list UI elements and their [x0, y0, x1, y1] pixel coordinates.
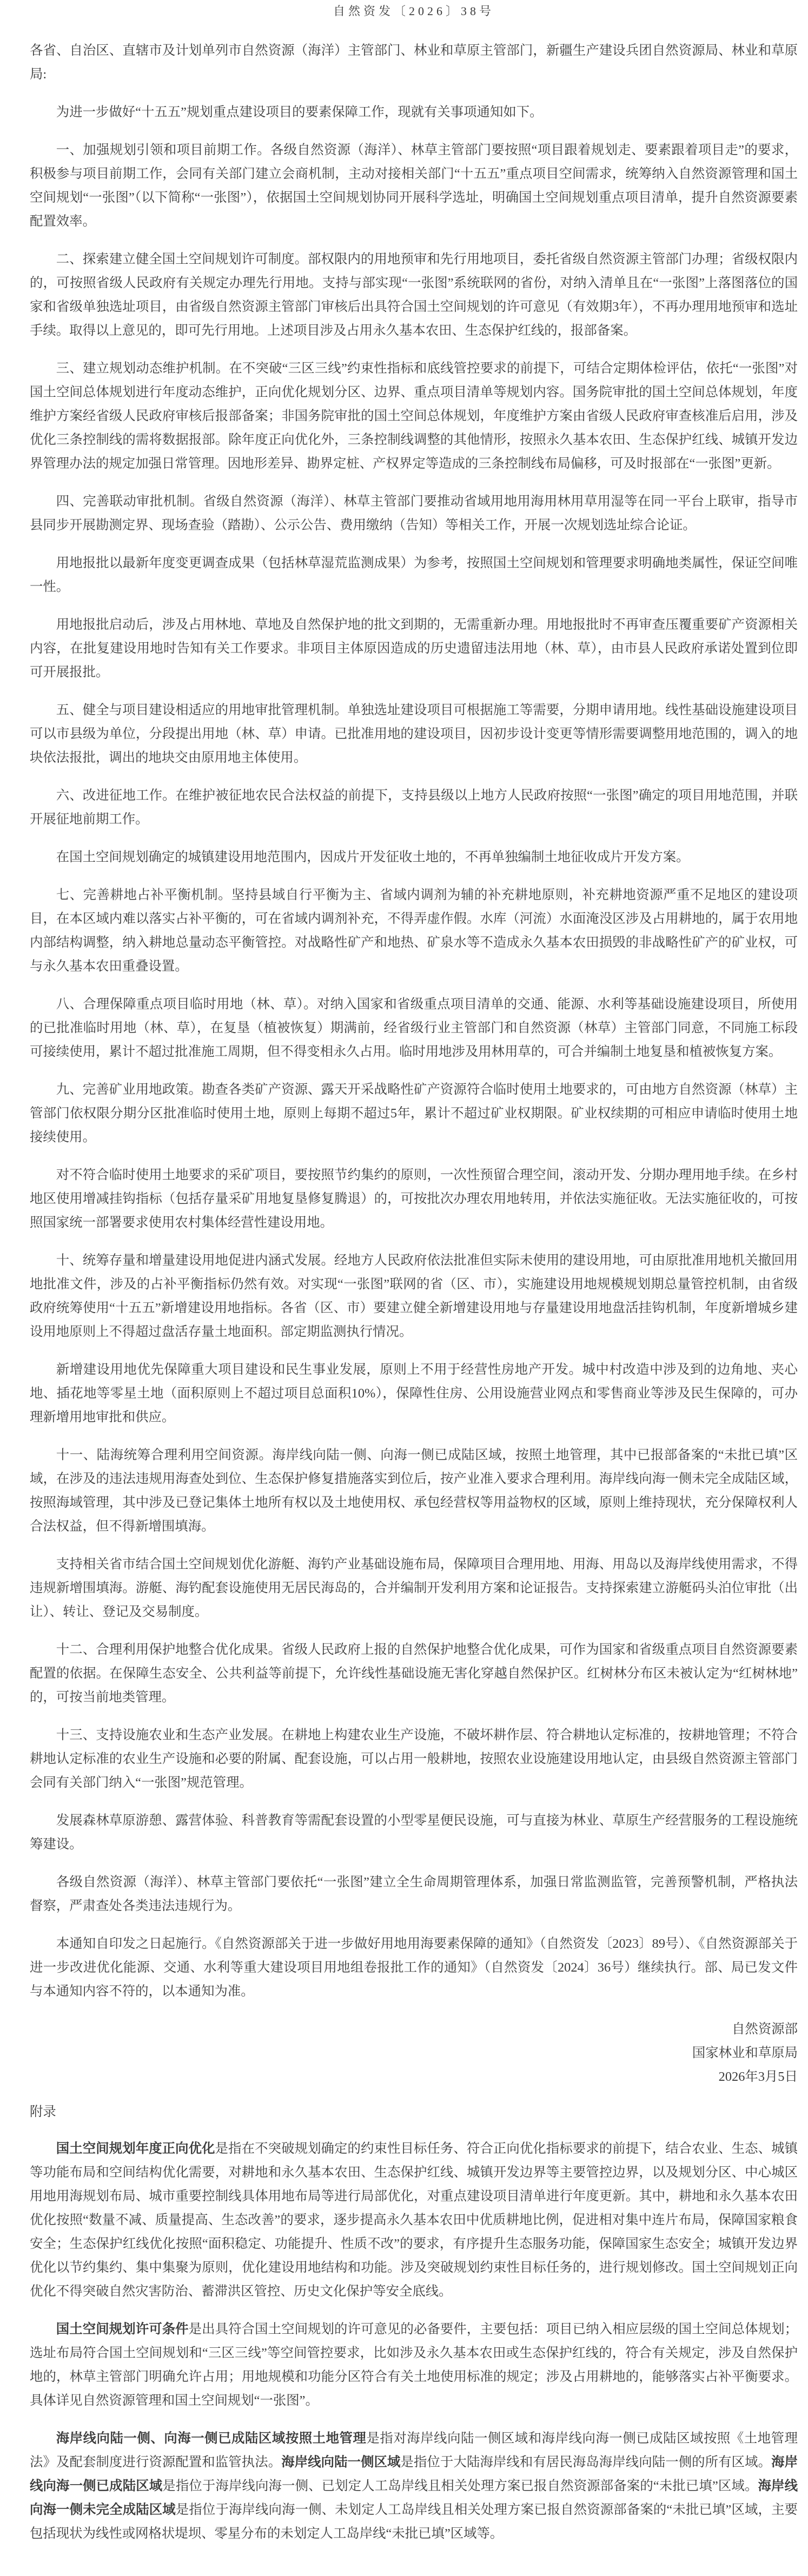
paragraph: 十、统筹存量和增量建设用地促进内涵式发展。经地方人民政府依法批准但实际未使用的建… — [30, 1249, 798, 1344]
paragraph: 发展森林草原游憩、露营体验、科普教育等需配套设置的小型零星便民设施，可与直接为林… — [30, 1809, 798, 1856]
salutation: 各省、自治区、直辖市及计划单列市自然资源（海洋）主管部门、林业和草原主管部门，新… — [30, 39, 798, 86]
paragraph: 十二、合理利用保护地整合优化成果。省级人民政府上报的自然保护地整合优化成果，可作… — [30, 1638, 798, 1709]
paragraph: 九、完善矿业用地政策。勘查各类矿产资源、露天开采战略性矿产资源符合临时使用土地要… — [30, 1078, 798, 1149]
paragraph: 在国土空间规划确定的城镇建设用地范围内，因成片开发征收土地的，不再单独编制土地征… — [30, 846, 798, 869]
paragraph: 四、完善联动审批机制。省级自然资源（海洋）、林草主管部门要推动省域用地用海用林用… — [30, 490, 798, 537]
paragraph: 二、探索建立健全国土空间规划许可制度。部权限内的用地预审和先行用地项目，委托省级… — [30, 248, 798, 343]
paragraph: 三、建立规划动态维护机制。在不突破“三区三线”约束性指标和底线管控要求的前提下，… — [30, 357, 798, 476]
paragraph: 支持相关省市结合国土空间规划优化游艇、海钓产业基础设施布局，保障项目合理用地、用… — [30, 1553, 798, 1624]
appendix-paragraph: 国土空间规划年度正向优化是指在不突破规划确定的约束性目标任务、符合正向优化指标要… — [30, 2137, 798, 2304]
paragraph: 对不符合临时使用土地要求的采矿项目，要按照节约集约的原则，一次性预留合理空间，滚… — [30, 1163, 798, 1235]
appendix-paragraph: 国土空间规划许可条件是出具符合国土空间规划的许可意见的必备要件，主要包括：项目已… — [30, 2318, 798, 2413]
signature-block: 自然资源部国家林业和草原局2026年3月5日 — [30, 2018, 798, 2089]
paragraph: 各级自然资源（海洋）、林草主管部门要依托“一张图”建立全生命周期管理体系，加强日… — [30, 1871, 798, 1918]
paragraph: 用地报批启动后，涉及占用林地、草地及自然保护地的批文到期的，无需重新办理。用地报… — [30, 613, 798, 684]
document: 自然资发〔2026〕38号 各省、自治区、直辖市及计划单列市自然资源（海洋）主管… — [0, 0, 808, 2576]
document-body: 为进一步做好“十五五”规划重点建设项目的要素保障工作，现就有关事项通知如下。一、… — [30, 101, 798, 2003]
paragraph: 七、完善耕地占补平衡机制。坚持县域自行平衡为主、省域内调剂为辅的补充耕地原则，补… — [30, 883, 798, 979]
paragraph: 本通知自印发之日起施行。《自然资源部关于进一步做好用地用海要素保障的通知》（自然… — [30, 1932, 798, 2003]
appendix-paragraph: 海岸线向陆一侧、向海一侧已成陆区域按照土地管理是指对海岸线向陆一侧区域和海岸线向… — [30, 2427, 798, 2546]
appendix-body: 国土空间规划年度正向优化是指在不突破规划确定的约束性目标任务、符合正向优化指标要… — [30, 2137, 798, 2546]
paragraph: 十三、支持设施农业和生态产业发展。在耕地上构建农业生产设施，不破坏耕作层、符合耕… — [30, 1723, 798, 1795]
signature-line: 国家林业和草原局 — [30, 2041, 798, 2065]
signature-line: 自然资源部 — [30, 2018, 798, 2041]
paragraph: 五、健全与项目建设相适应的用地审批管理机制。单独选址建设项目可根据施工等需要，分… — [30, 698, 798, 770]
paragraph: 用地报批以最新年度变更调查成果（包括林草湿荒监测成果）为参考，按照国土空间规划和… — [30, 551, 798, 599]
paragraph: 八、合理保障重点项目临时用地（林、草）。对纳入国家和省级重点项目清单的交通、能源… — [30, 993, 798, 1064]
paragraph: 为进一步做好“十五五”规划重点建设项目的要素保障工作，现就有关事项通知如下。 — [30, 101, 798, 124]
signature-line: 2026年3月5日 — [30, 2065, 798, 2089]
paragraph: 新增建设用地优先保障重大项目建设和民生事业发展，原则上不用于经营性房地产开发。城… — [30, 1358, 798, 1429]
paragraph: 一、加强规划引领和项目前期工作。各级自然资源（海洋）、林草主管部门要按照“项目跟… — [30, 138, 798, 234]
paragraph: 十一、陆海统筹合理利用空间资源。海岸线向陆一侧、向海一侧已成陆区域，按照土地管理… — [30, 1443, 798, 1539]
paragraph: 六、改进征地工作。在维护被征地农民合法权益的前提下，支持县级以上地方人民政府按照… — [30, 784, 798, 831]
doc-number: 自然资发〔2026〕38号 — [30, 3, 798, 19]
appendix-heading: 附录 — [30, 2100, 798, 2124]
